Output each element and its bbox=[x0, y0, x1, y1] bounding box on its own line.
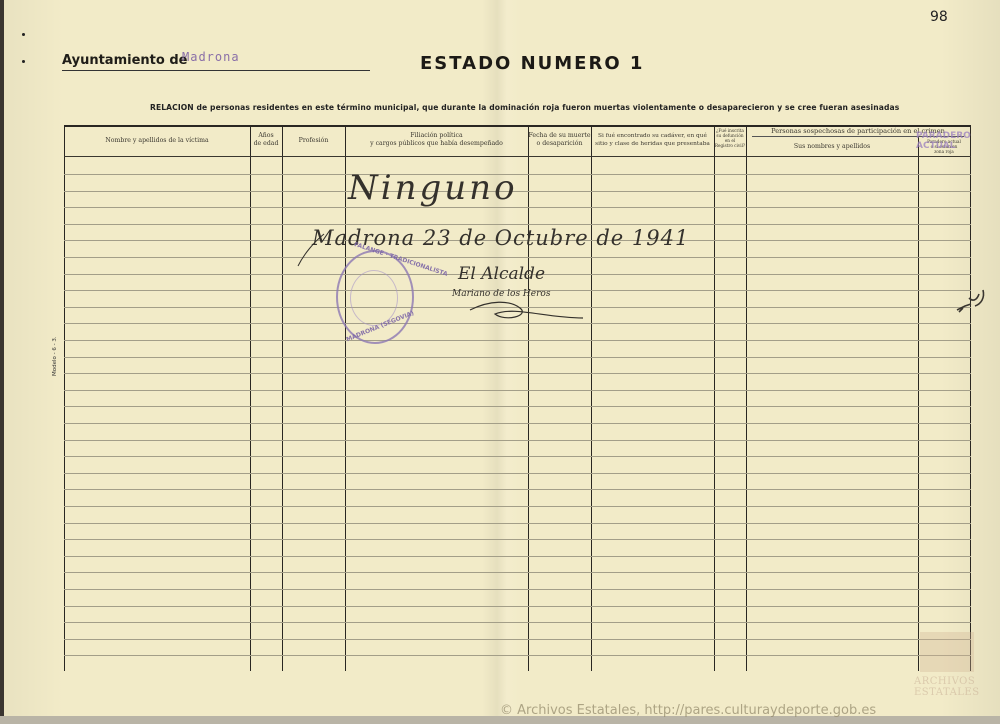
header-bottom-border bbox=[64, 156, 971, 157]
col-header-age-line2: de edad bbox=[250, 140, 282, 148]
table-row-line bbox=[64, 489, 971, 490]
table-row-line bbox=[64, 357, 971, 358]
logo-mark bbox=[920, 632, 974, 672]
punch-mark bbox=[22, 60, 25, 63]
paradero-stamp: PARADERO ACTUAL bbox=[916, 131, 966, 151]
logo-line2: ESTATALES bbox=[914, 687, 980, 698]
archivos-estatales-logo: ARCHIVOS ESTATALES bbox=[910, 632, 982, 712]
col-header-body-line2: sitio y clase de heridas que presentaba bbox=[591, 140, 714, 148]
col-header-registered-line4: Registro civil? bbox=[714, 143, 746, 148]
col-header-age-line1: Años bbox=[250, 132, 282, 140]
table-row-line bbox=[64, 406, 971, 407]
col-header-political-line1: Filiación política bbox=[345, 132, 528, 140]
col-header-name: Nombre y apellidos de la víctima bbox=[64, 137, 250, 145]
table-row-line bbox=[64, 456, 971, 457]
table-row-line bbox=[64, 257, 971, 258]
col-header-age: Años de edad bbox=[250, 132, 282, 148]
col-header-profession: Profesión bbox=[282, 137, 345, 145]
table-row-line bbox=[64, 572, 971, 573]
col-header-registered: ¿Fué inscrita su defunción en el Registr… bbox=[714, 128, 746, 148]
col-header-body-line1: Si fué encontrado su cadáver, en qué bbox=[591, 132, 714, 140]
table-row-line bbox=[64, 440, 971, 441]
municipality-underline bbox=[62, 70, 370, 71]
table-row-line bbox=[64, 655, 971, 656]
table-row-line bbox=[64, 556, 971, 557]
col-header-suspects-names: Sus nombres y apellidos bbox=[746, 143, 918, 151]
table-row-line bbox=[64, 639, 971, 640]
model-code: Modelo - 6 - 3. bbox=[52, 336, 58, 376]
margin-mark bbox=[955, 286, 989, 316]
page-title: ESTADO NUMERO 1 bbox=[420, 53, 644, 74]
signature-flourish bbox=[465, 296, 590, 324]
municipality-label: Ayuntamiento de bbox=[62, 53, 187, 68]
col-header-political: Filiación política y cargos públicos que… bbox=[345, 132, 528, 148]
handwritten-entry: Ninguno bbox=[348, 168, 518, 208]
table-row-line bbox=[64, 589, 971, 590]
col-header-date-line1: Fecha de su muerte bbox=[528, 132, 591, 140]
page-number: 98 bbox=[930, 9, 948, 25]
logo-text: ARCHIVOS ESTATALES bbox=[914, 676, 980, 698]
col-header-body-found: Si fué encontrado su cadáver, en qué sit… bbox=[591, 132, 714, 148]
table-row-line bbox=[64, 539, 971, 540]
col-header-date: Fecha de su muerte o desaparición bbox=[528, 132, 591, 148]
col-header-date-line2: o desaparición bbox=[528, 140, 591, 148]
municipality-value: Madrona bbox=[182, 50, 240, 64]
table-row-line bbox=[64, 340, 971, 341]
col-divider bbox=[918, 137, 919, 671]
table-row-line bbox=[64, 373, 971, 374]
table-row-line bbox=[64, 224, 971, 225]
table-row-line bbox=[64, 506, 971, 507]
col-header-political-line2: y cargos públicos que había desempeñado bbox=[345, 140, 528, 148]
table-row-line bbox=[64, 390, 971, 391]
table-row-line bbox=[64, 473, 971, 474]
punch-mark bbox=[22, 33, 25, 36]
table-row-line bbox=[64, 423, 971, 424]
table-row-line bbox=[64, 606, 971, 607]
handwritten-signature-title: El Alcalde bbox=[458, 264, 545, 284]
table-row-line bbox=[64, 523, 971, 524]
logo-line1: ARCHIVOS bbox=[914, 676, 980, 687]
copyright-watermark: © Archivos Estatales, http://pares.cultu… bbox=[500, 703, 876, 718]
handwriting-flourish bbox=[296, 232, 326, 268]
table-row-line bbox=[64, 622, 971, 623]
page-subtitle: RELACION de personas residentes en este … bbox=[150, 103, 899, 112]
